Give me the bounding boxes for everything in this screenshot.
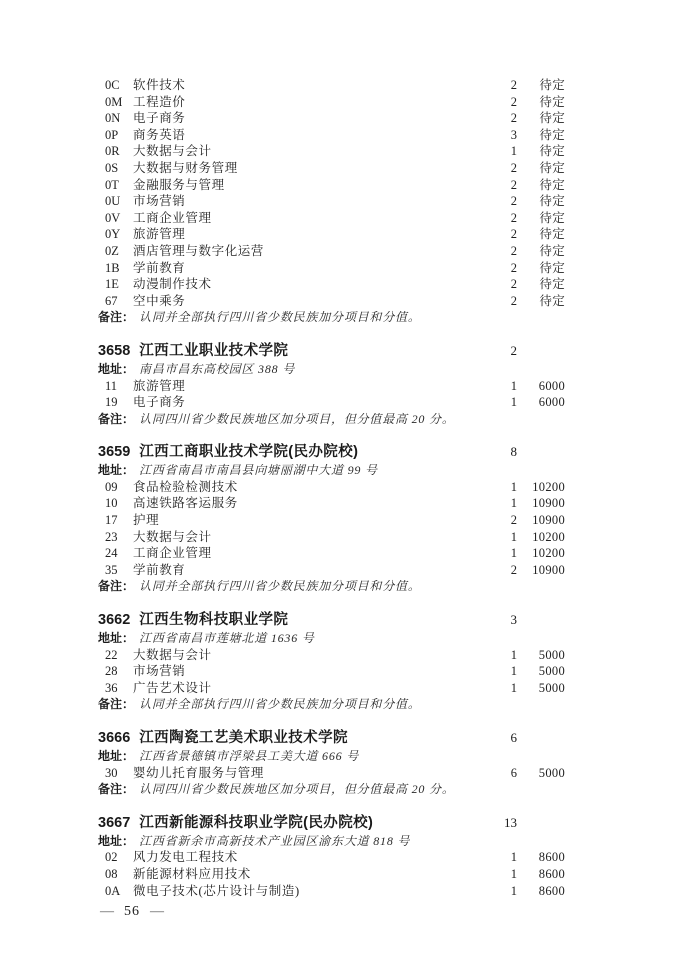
program-fee: 10900 xyxy=(517,562,565,579)
program-count: 1 xyxy=(477,647,517,664)
program-count: 2 xyxy=(477,276,517,293)
program-fee: 5000 xyxy=(517,663,565,680)
program-row: 0A 微电子技术(芯片设计与制造) 1 8600 xyxy=(98,883,565,900)
program-name: 婴幼儿托育服务与管理 xyxy=(133,765,477,782)
school-code: 3666 xyxy=(98,728,130,748)
program-name: 电子商务 xyxy=(133,394,477,411)
program-count: 2 xyxy=(477,260,517,277)
program-count: 2 xyxy=(477,293,517,310)
program-row: 0V 工商企业管理 2 待定 xyxy=(98,210,565,227)
address-text: 江西省新余市高新技术产业园区渝东大道 818 号 xyxy=(139,833,410,850)
program-fee: 待定 xyxy=(517,143,565,160)
program-name: 广告艺术设计 xyxy=(133,680,477,697)
program-count: 1 xyxy=(477,378,517,395)
address-text: 江西省南昌市莲塘北道 1636 号 xyxy=(139,630,315,647)
address-text: 江西省南昌市南昌县向塘丽湖中大道 99 号 xyxy=(139,462,378,479)
program-row-list: 09 食品检验检测技术 1 10200 10 高速铁路客运服务 1 10900 … xyxy=(98,479,565,579)
program-fee: 8600 xyxy=(517,866,565,883)
program-row: 36 广告艺术设计 1 5000 xyxy=(98,680,565,697)
program-fee: 6000 xyxy=(517,378,565,395)
continuation-block: 0C 软件技术 2 待定 0M 工程造价 2 待定 0N 电子商务 2 待定 0… xyxy=(98,77,565,326)
program-fee: 待定 xyxy=(517,94,565,111)
address-label: 地址： xyxy=(98,630,134,647)
program-fee: 5000 xyxy=(517,765,565,782)
address-label: 地址： xyxy=(98,833,134,850)
program-code: 1E xyxy=(105,276,127,293)
program-count: 2 xyxy=(477,160,517,177)
program-count: 2 xyxy=(477,177,517,194)
school-code: 3658 xyxy=(98,341,130,361)
program-row: 0Y 旅游管理 2 待定 xyxy=(98,226,565,243)
program-row: 28 市场营销 1 5000 xyxy=(98,663,565,680)
program-row: 0P 商务英语 3 待定 xyxy=(98,127,565,144)
program-row: 09 食品检验检测技术 1 10200 xyxy=(98,479,565,496)
program-name: 学前教育 xyxy=(133,260,477,277)
footer-dash-right: — xyxy=(150,904,164,920)
program-name: 大数据与财务管理 xyxy=(133,160,477,177)
program-name: 商务英语 xyxy=(133,127,477,144)
program-name: 风力发电工程技术 xyxy=(133,849,477,866)
note-label: 备注： xyxy=(98,781,134,798)
program-count: 2 xyxy=(477,562,517,579)
program-fee: 待定 xyxy=(517,177,565,194)
program-count: 6 xyxy=(477,765,517,782)
program-count: 1 xyxy=(477,680,517,697)
school-total: 2 xyxy=(477,341,517,361)
program-row: 35 学前教育 2 10900 xyxy=(98,562,565,579)
program-fee: 待定 xyxy=(517,110,565,127)
page-number: 56 xyxy=(124,904,140,920)
school-header: 3659 江西工商职业技术学院(民办院校) 8 xyxy=(98,442,565,462)
school-code: 3662 xyxy=(98,610,130,630)
program-count: 2 xyxy=(477,94,517,111)
program-row: 0M 工程造价 2 待定 xyxy=(98,94,565,111)
program-fee: 10900 xyxy=(517,512,565,529)
address-row: 地址： 江西省南昌市南昌县向塘丽湖中大道 99 号 xyxy=(98,462,565,479)
program-row: 02 风力发电工程技术 1 8600 xyxy=(98,849,565,866)
program-count: 1 xyxy=(477,866,517,883)
school-total: 3 xyxy=(477,610,517,630)
program-row: 0N 电子商务 2 待定 xyxy=(98,110,565,127)
school-section: 3666 江西陶瓷工艺美术职业技术学院 6 地址： 江西省景德镇市浮梁县工美大道… xyxy=(98,728,565,798)
note-text: 认同四川省少数民族地区加分项目，但分值最高 20 分。 xyxy=(139,781,455,798)
program-code: 10 xyxy=(105,495,127,512)
address-label: 地址： xyxy=(98,748,134,765)
program-code: 0U xyxy=(105,193,127,210)
school-total: 13 xyxy=(477,813,517,833)
program-code: 0A xyxy=(105,883,127,900)
program-code: 19 xyxy=(105,394,127,411)
program-fee: 6000 xyxy=(517,394,565,411)
program-row: 23 大数据与会计 1 10200 xyxy=(98,529,565,546)
address-row: 地址： 南昌市昌东高校园区 388 号 xyxy=(98,361,565,378)
program-code: 17 xyxy=(105,512,127,529)
program-name: 学前教育 xyxy=(133,562,477,579)
program-name: 酒店管理与数字化运营 xyxy=(133,243,477,260)
program-code: 28 xyxy=(105,663,127,680)
program-code: 11 xyxy=(105,378,127,395)
program-name: 工商企业管理 xyxy=(133,545,477,562)
program-row: 24 工商企业管理 1 10200 xyxy=(98,545,565,562)
program-row: 11 旅游管理 1 6000 xyxy=(98,378,565,395)
school-code: 3667 xyxy=(98,813,130,833)
program-fee: 待定 xyxy=(517,293,565,310)
note-label: 备注： xyxy=(98,309,134,326)
program-row: 0R 大数据与会计 1 待定 xyxy=(98,143,565,160)
program-row: 1B 学前教育 2 待定 xyxy=(98,260,565,277)
program-count: 1 xyxy=(477,495,517,512)
program-count: 2 xyxy=(477,77,517,94)
school-section: 3667 江西新能源科技职业学院(民办院校) 13 地址： 江西省新余市高新技术… xyxy=(98,813,565,899)
note-row: 备注： 认同并全部执行四川省少数民族加分项目和分值。 xyxy=(98,696,565,713)
note-label: 备注： xyxy=(98,411,134,428)
program-code: 0P xyxy=(105,127,127,144)
school-name: 江西工业职业技术学院 xyxy=(139,341,477,361)
school-name: 江西新能源科技职业学院(民办院校) xyxy=(139,813,477,833)
address-row: 地址： 江西省新余市高新技术产业园区渝东大道 818 号 xyxy=(98,833,565,850)
school-code: 3659 xyxy=(98,442,130,462)
program-count: 1 xyxy=(477,663,517,680)
program-code: 0M xyxy=(105,94,127,111)
program-fee: 待定 xyxy=(517,276,565,293)
program-fee: 待定 xyxy=(517,77,565,94)
address-text: 南昌市昌东高校园区 388 号 xyxy=(139,361,295,378)
program-row: 22 大数据与会计 1 5000 xyxy=(98,647,565,664)
program-count: 1 xyxy=(477,849,517,866)
document-page: 0C 软件技术 2 待定 0M 工程造价 2 待定 0N 电子商务 2 待定 0… xyxy=(0,0,680,961)
program-code: 0R xyxy=(105,143,127,160)
program-count: 3 xyxy=(477,127,517,144)
program-fee: 待定 xyxy=(517,210,565,227)
program-code: 09 xyxy=(105,479,127,496)
program-code: 67 xyxy=(105,293,127,310)
program-fee: 8600 xyxy=(517,883,565,900)
program-name: 微电子技术(芯片设计与制造) xyxy=(133,883,477,900)
program-code: 0N xyxy=(105,110,127,127)
program-fee: 10200 xyxy=(517,479,565,496)
program-fee: 10200 xyxy=(517,545,565,562)
program-code: 0Z xyxy=(105,243,127,260)
program-row-list: 02 风力发电工程技术 1 8600 08 新能源材料应用技术 1 8600 0… xyxy=(98,849,565,899)
school-header: 3666 江西陶瓷工艺美术职业技术学院 6 xyxy=(98,728,565,748)
program-name: 大数据与会计 xyxy=(133,647,477,664)
program-row-list: 30 婴幼儿托育服务与管理 6 5000 xyxy=(98,765,565,782)
note-text: 认同并全部执行四川省少数民族加分项目和分值。 xyxy=(139,696,421,713)
program-name: 空中乘务 xyxy=(133,293,477,310)
school-section: 3658 江西工业职业技术学院 2 地址： 南昌市昌东高校园区 388 号 11… xyxy=(98,341,565,427)
program-fee: 10900 xyxy=(517,495,565,512)
program-row: 0Z 酒店管理与数字化运营 2 待定 xyxy=(98,243,565,260)
program-count: 1 xyxy=(477,545,517,562)
program-code: 22 xyxy=(105,647,127,664)
school-section: 3662 江西生物科技职业学院 3 地址： 江西省南昌市莲塘北道 1636 号 … xyxy=(98,610,565,713)
school-header: 3658 江西工业职业技术学院 2 xyxy=(98,341,565,361)
program-name: 工商企业管理 xyxy=(133,210,477,227)
school-name: 江西陶瓷工艺美术职业技术学院 xyxy=(139,728,477,748)
program-row-list: 11 旅游管理 1 6000 19 电子商务 1 6000 xyxy=(98,378,565,411)
program-code: 08 xyxy=(105,866,127,883)
address-label: 地址： xyxy=(98,462,134,479)
school-header: 3662 江西生物科技职业学院 3 xyxy=(98,610,565,630)
program-name: 动漫制作技术 xyxy=(133,276,477,293)
note-row: 备注： 认同并全部执行四川省少数民族加分项目和分值。 xyxy=(98,578,565,595)
program-name: 大数据与会计 xyxy=(133,529,477,546)
program-count: 2 xyxy=(477,243,517,260)
note-text: 认同并全部执行四川省少数民族加分项目和分值。 xyxy=(139,309,421,326)
program-name: 旅游管理 xyxy=(133,378,477,395)
program-row: 30 婴幼儿托育服务与管理 6 5000 xyxy=(98,765,565,782)
program-fee: 待定 xyxy=(517,226,565,243)
program-name: 护理 xyxy=(133,512,477,529)
program-name: 食品检验检测技术 xyxy=(133,479,477,496)
school-total: 6 xyxy=(477,728,517,748)
footer-dash-left: — xyxy=(100,904,114,920)
program-fee: 待定 xyxy=(517,193,565,210)
program-row: 67 空中乘务 2 待定 xyxy=(98,293,565,310)
program-name: 软件技术 xyxy=(133,77,477,94)
program-row: 0T 金融服务与管理 2 待定 xyxy=(98,177,565,194)
program-count: 2 xyxy=(477,210,517,227)
program-name: 旅游管理 xyxy=(133,226,477,243)
program-name: 新能源材料应用技术 xyxy=(133,866,477,883)
school-header: 3667 江西新能源科技职业学院(民办院校) 13 xyxy=(98,813,565,833)
program-count: 2 xyxy=(477,226,517,243)
program-row: 19 电子商务 1 6000 xyxy=(98,394,565,411)
program-row: 17 护理 2 10900 xyxy=(98,512,565,529)
note-text: 认同并全部执行四川省少数民族加分项目和分值。 xyxy=(139,578,421,595)
program-fee: 10200 xyxy=(517,529,565,546)
note-label: 备注： xyxy=(98,578,134,595)
program-row: 1E 动漫制作技术 2 待定 xyxy=(98,276,565,293)
program-row-list: 0C 软件技术 2 待定 0M 工程造价 2 待定 0N 电子商务 2 待定 0… xyxy=(98,77,565,309)
program-count: 1 xyxy=(477,529,517,546)
note-row: 备注： 认同并全部执行四川省少数民族加分项目和分值。 xyxy=(98,309,565,326)
address-row: 地址： 江西省南昌市莲塘北道 1636 号 xyxy=(98,630,565,647)
program-name: 金融服务与管理 xyxy=(133,177,477,194)
address-row: 地址： 江西省景德镇市浮梁县工美大道 666 号 xyxy=(98,748,565,765)
program-fee: 待定 xyxy=(517,127,565,144)
program-fee: 待定 xyxy=(517,243,565,260)
program-fee: 5000 xyxy=(517,647,565,664)
program-count: 2 xyxy=(477,193,517,210)
school-name: 江西生物科技职业学院 xyxy=(139,610,477,630)
program-code: 0S xyxy=(105,160,127,177)
program-count: 1 xyxy=(477,394,517,411)
school-total: 8 xyxy=(477,442,517,462)
program-code: 30 xyxy=(105,765,127,782)
program-code: 0V xyxy=(105,210,127,227)
program-code: 35 xyxy=(105,562,127,579)
note-row: 备注： 认同四川省少数民族地区加分项目，但分值最高 20 分。 xyxy=(98,411,565,428)
program-name: 电子商务 xyxy=(133,110,477,127)
address-text: 江西省景德镇市浮梁县工美大道 666 号 xyxy=(139,748,359,765)
program-name: 大数据与会计 xyxy=(133,143,477,160)
program-code: 23 xyxy=(105,529,127,546)
page-footer: — 56 — xyxy=(100,904,164,920)
program-code: 36 xyxy=(105,680,127,697)
program-code: 0T xyxy=(105,177,127,194)
program-code: 02 xyxy=(105,849,127,866)
program-name: 市场营销 xyxy=(133,193,477,210)
program-fee: 5000 xyxy=(517,680,565,697)
address-label: 地址： xyxy=(98,361,134,378)
program-row: 10 高速铁路客运服务 1 10900 xyxy=(98,495,565,512)
program-code: 0C xyxy=(105,77,127,94)
program-code: 0Y xyxy=(105,226,127,243)
program-name: 高速铁路客运服务 xyxy=(133,495,477,512)
program-row: 0S 大数据与财务管理 2 待定 xyxy=(98,160,565,177)
program-fee: 待定 xyxy=(517,160,565,177)
program-row-list: 22 大数据与会计 1 5000 28 市场营销 1 5000 36 广告艺术设… xyxy=(98,647,565,697)
school-section: 3659 江西工商职业技术学院(民办院校) 8 地址： 江西省南昌市南昌县向塘丽… xyxy=(98,442,565,595)
program-fee: 待定 xyxy=(517,260,565,277)
program-count: 1 xyxy=(477,883,517,900)
program-count: 1 xyxy=(477,479,517,496)
program-fee: 8600 xyxy=(517,849,565,866)
program-name: 市场营销 xyxy=(133,663,477,680)
program-row: 0U 市场营销 2 待定 xyxy=(98,193,565,210)
school-name: 江西工商职业技术学院(民办院校) xyxy=(139,442,477,462)
program-row: 0C 软件技术 2 待定 xyxy=(98,77,565,94)
program-count: 2 xyxy=(477,512,517,529)
program-code: 1B xyxy=(105,260,127,277)
program-code: 24 xyxy=(105,545,127,562)
note-row: 备注： 认同四川省少数民族地区加分项目，但分值最高 20 分。 xyxy=(98,781,565,798)
note-label: 备注： xyxy=(98,696,134,713)
note-text: 认同四川省少数民族地区加分项目，但分值最高 20 分。 xyxy=(139,411,455,428)
program-row: 08 新能源材料应用技术 1 8600 xyxy=(98,866,565,883)
program-count: 2 xyxy=(477,110,517,127)
program-count: 1 xyxy=(477,143,517,160)
program-name: 工程造价 xyxy=(133,94,477,111)
